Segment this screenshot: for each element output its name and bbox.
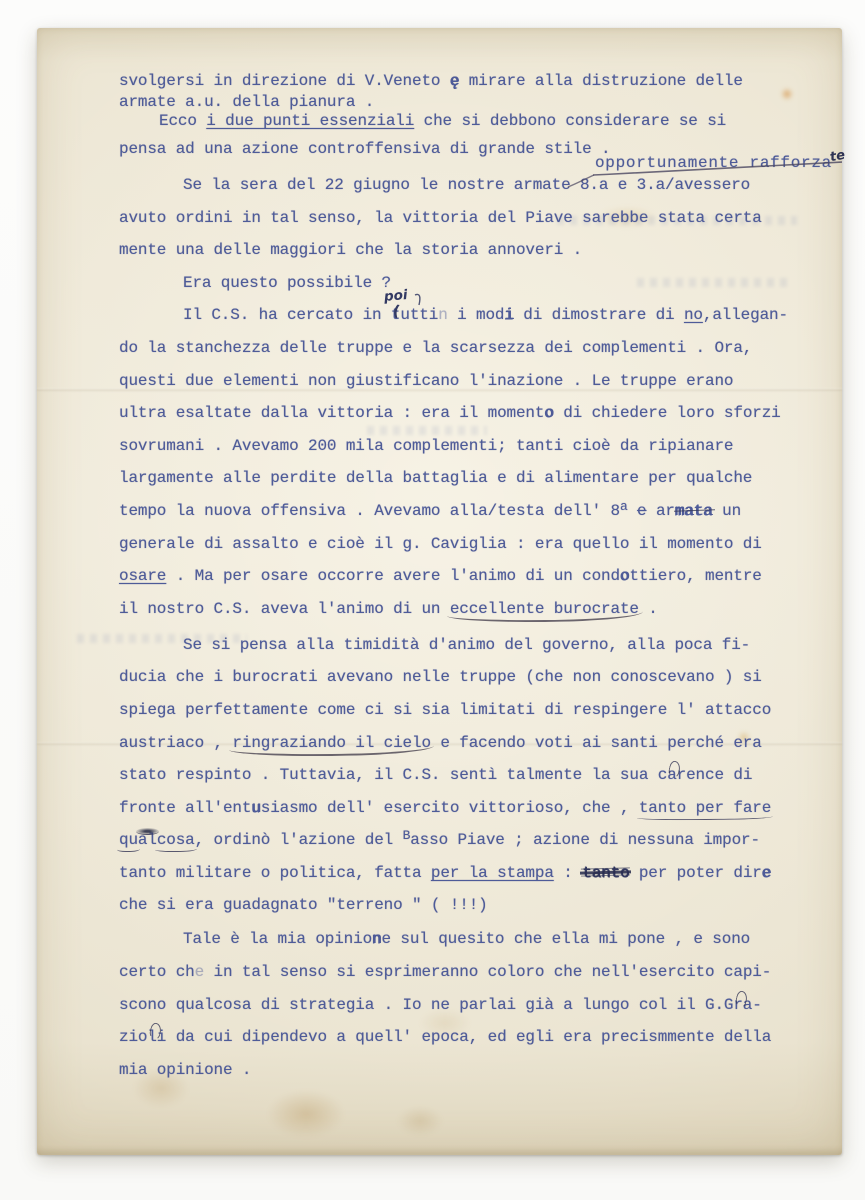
typed-segment: scono qualcosa di strategia . Io ne parl…	[119, 996, 733, 1014]
typed-segment: in tal senso si esprimeranno coloro che …	[204, 963, 771, 981]
typed-segment: e	[762, 864, 771, 882]
typed-segment: che si era guadagnato "terreno " ( !!!)	[119, 896, 488, 914]
typed-segment: qu	[119, 831, 138, 849]
typed-segment: da cui dipendevo a quell' epoca, ed egli…	[166, 1028, 771, 1046]
typed-segment: n	[438, 306, 447, 324]
typed-segment: questi due elementi non giustificano l'i…	[119, 372, 733, 390]
typed-segment: . Ma per osare occorre avere l'animo di …	[166, 567, 620, 585]
paper-sheet: svolgersi in direzione di V.Veneto ę mir…	[37, 28, 842, 1155]
typed-segment: u	[251, 799, 260, 817]
typed-segment: Se si pensa alla timidità d'animo del go…	[183, 636, 750, 654]
typed-line: tanto militare o politica, fatta per la …	[119, 864, 819, 897]
typed-segment: o	[620, 567, 629, 585]
typed-segment: mia opinione .	[119, 1061, 251, 1079]
typed-segment: osare	[119, 567, 166, 585]
typed-segment: e sul quesito che ella mi pone , e sono	[382, 930, 751, 948]
typed-segment: Tale è la mia opinio	[183, 930, 372, 948]
typed-segment: armate a.u. della pianura .	[119, 93, 374, 111]
typed-segment: Era questo possibile ?	[183, 274, 391, 292]
typed-segment: che si debbono considerare se si	[414, 112, 726, 130]
typed-segment: per poter dir	[629, 864, 761, 882]
typed-segment: n	[372, 930, 381, 948]
typed-segment: :	[554, 864, 582, 882]
typed-segment: fronte all'ent	[119, 799, 251, 817]
typed-segment: , ordinò l'azione del	[195, 831, 403, 849]
typed-segment: per la stampa	[431, 864, 554, 882]
typed-segment: al	[138, 831, 157, 849]
typed-line: Era questo possibile ?	[119, 274, 819, 307]
typed-segment: ę	[450, 72, 459, 90]
typed-segment: mirare alla distruzione delle	[459, 72, 743, 90]
typed-segment: -	[752, 996, 761, 1014]
typed-segment: asso Piave ; azione di nessuna impor-	[410, 831, 760, 849]
typed-text: svolgersi in direzione di V.Veneto ę mir…	[119, 72, 819, 1093]
typed-segment: austriaco ,	[119, 734, 232, 752]
typed-segment: di chiedere loro sforzi	[554, 404, 781, 422]
typed-segment: ence di	[686, 766, 752, 784]
typed-line: avuto ordini in tal senso, la vittoria d…	[119, 209, 819, 242]
typed-segment: tempo la nuova offensiva . Avevamo alla/…	[119, 502, 620, 520]
typed-line: austriaco , ringraziando il cielo e face…	[119, 734, 819, 767]
typed-line: Se la sera del 22 giugno le nostre armat…	[119, 176, 819, 209]
typed-segment: ar	[667, 766, 686, 784]
typed-line: Se si pensa alla timidità d'animo del go…	[119, 636, 819, 669]
typed-line: ducia che i burocrati avevano nelle trup…	[119, 668, 819, 701]
typed-segment: i mod	[448, 306, 505, 324]
typed-line: che si era guadagnato "terreno " ( !!!)	[119, 896, 819, 930]
typed-segment: Se la sera del 22 giugno le nostre armat…	[183, 176, 750, 194]
typed-segment: zio	[119, 1028, 147, 1046]
insertion-handwritten-tail: te	[829, 148, 846, 165]
typed-segment: e	[637, 502, 646, 520]
typed-line: mia opinione .	[119, 1061, 819, 1094]
typed-segment: Ecco	[159, 112, 206, 130]
typed-segment: tanto	[582, 864, 629, 882]
typed-segment: certo ch	[119, 963, 195, 981]
typed-segment: a	[620, 499, 628, 514]
paper-stain	[267, 1090, 345, 1138]
typed-line: zioli da cui dipendevo a quell' epoca, e…	[119, 1028, 819, 1061]
typed-segment: eccellente burocrate	[450, 600, 639, 618]
paper-stain	[397, 1106, 443, 1136]
typed-line: tempo la nuova offensiva . Avevamo alla/…	[119, 502, 819, 535]
typed-segment: tanto militare o politica, fatta	[119, 864, 431, 882]
typed-segment: e facendo voti ai santi perché era	[431, 734, 762, 752]
typed-segment: spiega perfettamente come ci si sia limi…	[119, 701, 771, 719]
typed-segment: i due punti essenziali	[206, 112, 414, 130]
typed-segment: .	[639, 600, 658, 618]
typed-line: scono qualcosa di strategia . Io ne parl…	[119, 996, 819, 1029]
typed-line: largamente alle perdite della battaglia …	[119, 469, 819, 502]
insertion-typed-text: opportunamente rafforza	[595, 154, 832, 172]
typed-segment: li	[147, 1028, 166, 1046]
typed-segment: ra	[733, 996, 752, 1014]
interline-insertion: opportunamente rafforzate	[595, 154, 847, 172]
typed-line: Tale è la mia opinione sul quesito che e…	[119, 930, 819, 963]
typed-segment: largamente alle perdite della battaglia …	[119, 469, 752, 487]
typed-segment: do la stanchezza delle truppe e la scars…	[119, 339, 752, 357]
typed-line: do la stanchezza delle truppe e la scars…	[119, 339, 819, 372]
typed-segment: o	[544, 404, 553, 422]
typed-segment: sovrumani . Avevamo 200 mila complementi…	[119, 437, 733, 455]
typed-segment: il nostro C.S. aveva l'animo di un	[119, 600, 450, 618]
typed-segment: ar	[647, 502, 675, 520]
typed-line: sovrumani . Avevamo 200 mila complementi…	[119, 437, 819, 470]
typed-segment: ,allegan-	[703, 306, 788, 324]
typed-line: il nostro C.S. aveva l'animo di un eccel…	[119, 600, 819, 636]
typed-segment: pensa ad una azione controffensiva di gr…	[119, 140, 610, 158]
typed-segment: mente una delle maggiori che la storia a…	[119, 241, 582, 259]
typed-segment: e	[195, 963, 204, 981]
typed-segment: avuto ordini in tal senso, la vittoria d…	[119, 209, 762, 227]
typed-segment: i	[504, 306, 513, 324]
typed-segment	[628, 502, 637, 520]
typed-segment: ttiero, mentre	[629, 567, 761, 585]
typed-segment: cosa	[157, 831, 195, 849]
typed-line: qualcosa, ordinò l'azione del Basso Piav…	[119, 831, 819, 864]
typed-segment: generale di assalto e cioè il g. Cavigli…	[119, 535, 762, 553]
typed-line: armate a.u. della pianura .	[119, 93, 819, 112]
typed-line: certo che in tal senso si esprimeranno c…	[119, 963, 819, 996]
typed-line: Ecco i due punti essenziali che si debbo…	[119, 112, 819, 140]
typed-line: spiega perfettamente come ci si sia limi…	[119, 701, 819, 734]
scanned-letter-screenshot: { "page": { "background_color": "#fbfbf9…	[0, 0, 865, 1200]
typed-line: questi due elementi non giustificano l'i…	[119, 372, 819, 405]
typed-segment: tanto per fare	[639, 799, 771, 817]
typed-line: stato respinto . Tuttavia, il C.S. sentì…	[119, 766, 819, 799]
typed-segment: ducia che i burocrati avevano nelle trup…	[119, 668, 762, 686]
typed-segment: ultra esaltate dalla vittoria : era il m…	[119, 404, 544, 422]
typed-line: mente una delle maggiori che la storia a…	[119, 241, 819, 274]
typed-segment: un	[713, 502, 741, 520]
typed-segment: siasmo dell' esercito vittorioso, che ,	[261, 799, 639, 817]
typed-line: generale di assalto e cioè il g. Cavigli…	[119, 535, 819, 568]
typed-line: ultra esaltate dalla vittoria : era il m…	[119, 404, 819, 437]
typed-segment: stato respinto . Tuttavia, il C.S. sentì…	[119, 766, 667, 784]
typed-line: svolgersi in direzione di V.Veneto ę mir…	[119, 72, 819, 93]
typed-segment: mata	[675, 502, 713, 520]
typed-line: fronte all'entusiasmo dell' esercito vit…	[119, 799, 819, 832]
typed-segment: ringraziando il cielo	[232, 734, 430, 752]
typed-segment: di dimostrare di	[514, 306, 684, 324]
typed-segment: no	[684, 306, 703, 324]
typed-line: osare . Ma per osare occorre avere l'ani…	[119, 567, 819, 600]
typed-segment: svolgersi in direzione di V.Veneto	[119, 72, 450, 90]
typed-line: Il C.S. ha cercato in tuttin i modi di d…	[119, 306, 819, 339]
